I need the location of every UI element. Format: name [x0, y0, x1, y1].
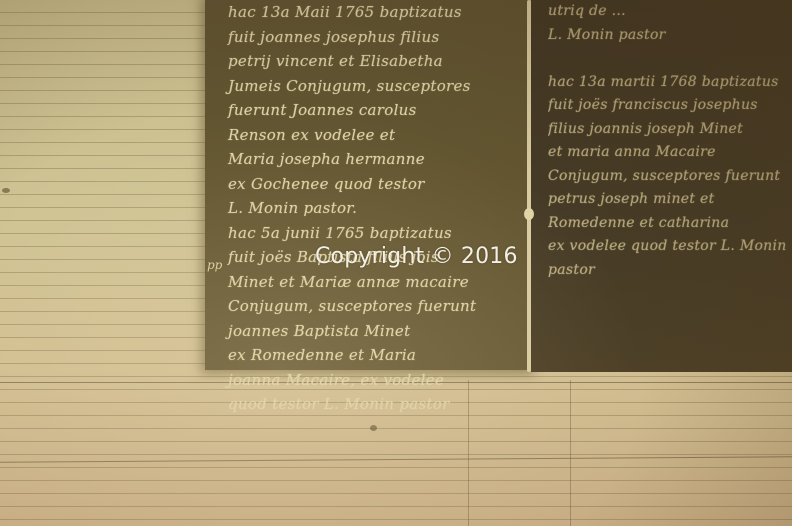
handwritten-line: Jumeis Conjugum, susceptores	[228, 74, 526, 99]
paper-stain	[370, 425, 377, 431]
handwritten-line: joannes Baptista Minet	[228, 319, 526, 344]
document-photo: hac 13a Maii 1765 baptizatus fuit joanne…	[0, 0, 792, 526]
handwritten-line	[548, 47, 792, 71]
vertical-rule	[570, 380, 571, 526]
handwritten-line: fuerunt Joannes carolus	[228, 98, 526, 123]
paper-stain	[2, 188, 10, 193]
handwritten-line: quod testor L. Monin pastor	[228, 392, 526, 417]
handwritten-line: utriq de ...	[548, 0, 792, 24]
margin-note: pp	[207, 258, 222, 272]
copyright-watermark: Copyright © 2016	[315, 244, 518, 269]
right-column-entries: utriq de ... L. Monin pastor hac 13a mar…	[548, 0, 792, 282]
handwritten-line: hac 13a Maii 1765 baptizatus	[228, 0, 526, 25]
handwritten-line: Conjugum, susceptores fuerunt	[228, 294, 526, 319]
handwritten-line: pastor	[548, 259, 792, 283]
handwritten-line: hac 5a junii 1765 baptizatus	[228, 221, 526, 246]
handwritten-line: fuit joannes josephus filius	[228, 25, 526, 50]
handwritten-line: filius joannis joseph Minet	[548, 118, 792, 142]
handwritten-line: Conjugum, susceptores fuerunt	[548, 165, 792, 189]
handwritten-line: fuit joës franciscus josephus	[548, 94, 792, 118]
handwritten-line: joanna Macaire, ex vodelee	[228, 368, 526, 393]
handwritten-line: hac 13a martii 1768 baptizatus	[548, 71, 792, 95]
handwritten-line: L. Monin pastor.	[228, 196, 526, 221]
handwritten-line: petrus joseph minet et	[548, 188, 792, 212]
handwritten-line: Renson ex vodelee et	[228, 123, 526, 148]
handwritten-line: et maria anna Macaire	[548, 141, 792, 165]
handwritten-line: ex Gochenee quod testor	[228, 172, 526, 197]
handwritten-line: petrij vincent et Elisabetha	[228, 49, 526, 74]
handwritten-line: Minet et Mariæ annæ macaire	[228, 270, 526, 295]
handwritten-line: Romedenne et catharina	[548, 212, 792, 236]
left-column-entries: hac 13a Maii 1765 baptizatus fuit joanne…	[228, 0, 526, 417]
handwritten-line: L. Monin pastor	[548, 24, 792, 48]
handwritten-line: Maria josepha hermanne	[228, 147, 526, 172]
handwritten-line: ex vodelee quod testor L. Monin	[548, 235, 792, 259]
column-divider	[527, 0, 531, 372]
handwritten-line: ex Romedenne et Maria	[228, 343, 526, 368]
